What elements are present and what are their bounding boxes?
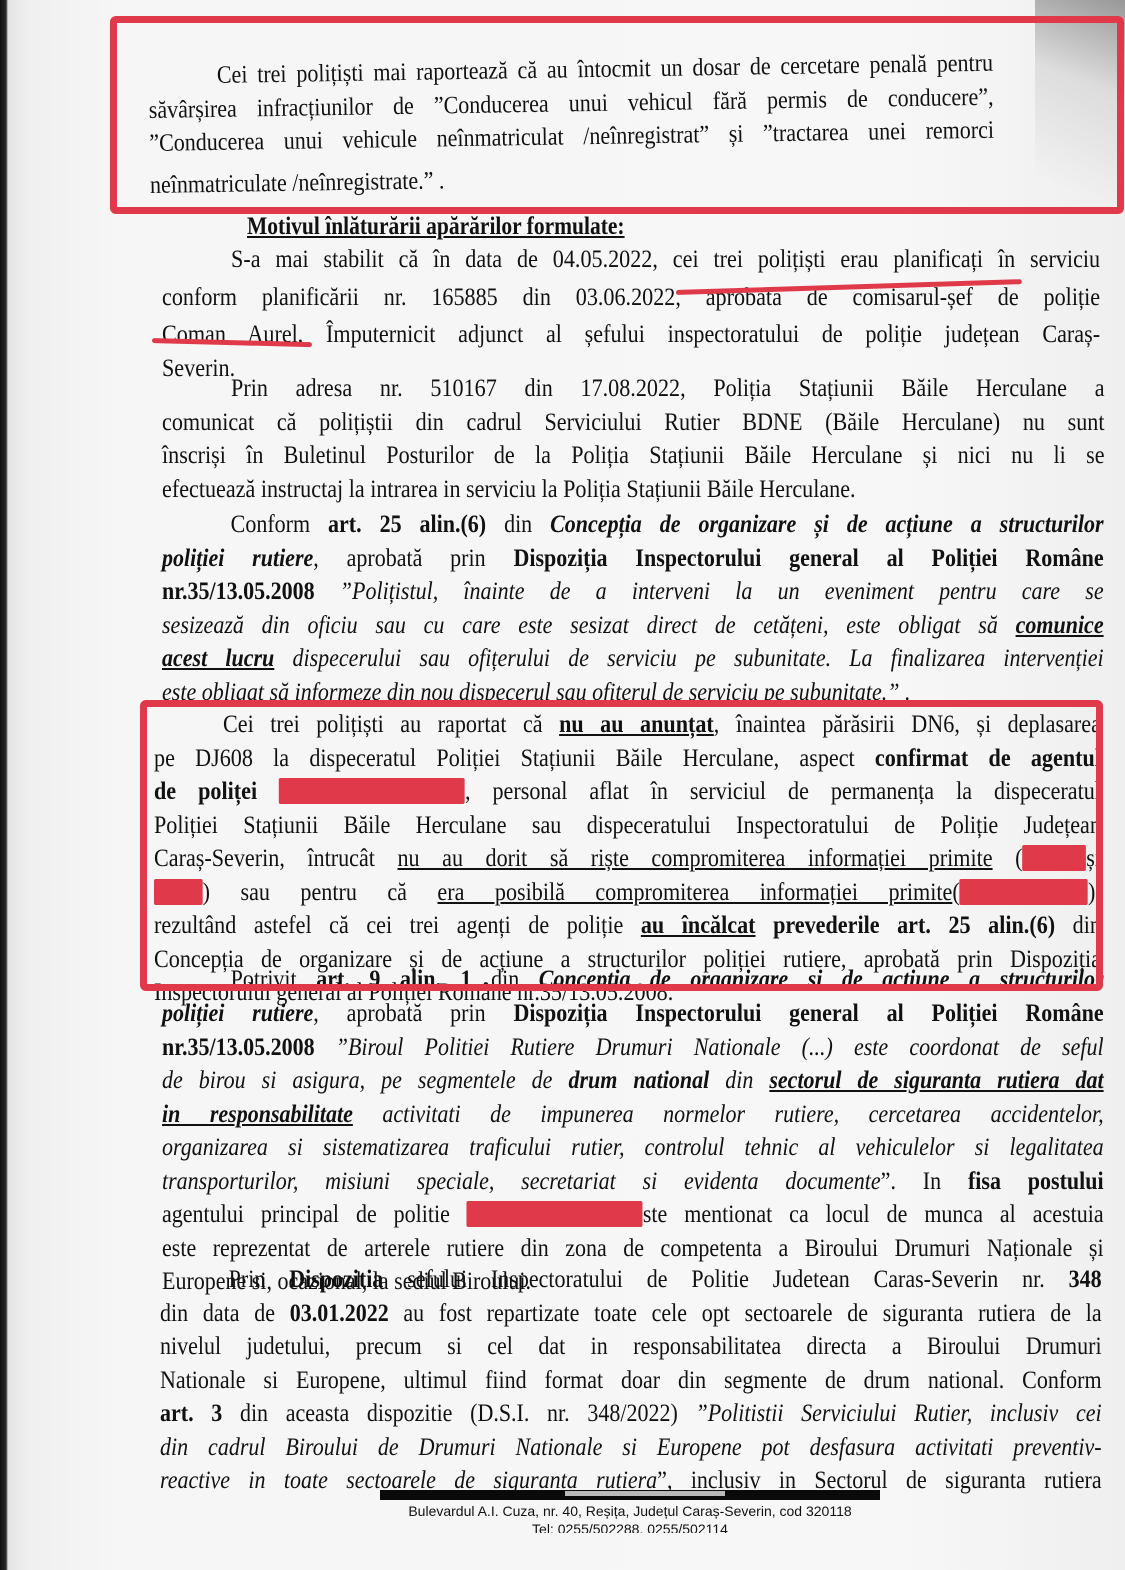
text-fragment: art. 9 alin. 1	[316, 966, 471, 989]
redacted-name	[154, 879, 203, 905]
text-fragment: sefului Inspectoratului de Politie Judet…	[383, 1266, 1068, 1293]
text-line: comunicat că polițiștii din cadrul Servi…	[162, 406, 1105, 440]
text-line: nivelul judetului, precum si cel dat in …	[160, 1330, 1102, 1364]
text-fragment: transporturilor, misiuni speciale, secre…	[162, 1168, 881, 1195]
footer-address: Bulevardul A.I. Cuza, nr. 40, Reșița, Ju…	[0, 1503, 1125, 1519]
text-line: in responsabilitate activitati de impune…	[162, 1098, 1104, 1132]
text-line: organizarea si sistematizarea traficului…	[162, 1131, 1104, 1165]
text-fragment: nr.35/13.05.2008	[162, 578, 315, 605]
text-line: de birou si asigura, pe segmentele de dr…	[162, 1064, 1104, 1098]
text-line: înscriși în Buletinul Posturilor de la P…	[162, 439, 1105, 473]
text-line: sesizează din oficiu sau cu care este se…	[162, 609, 1104, 643]
text-fragment: art. 3	[160, 1400, 222, 1427]
text-fragment: drum national	[568, 1067, 709, 1094]
text-fragment: pe DJ608 la dispeceratul Poliției Stațiu…	[154, 745, 875, 772]
text-line: Nationale si Europene, ultimul fiind for…	[160, 1364, 1102, 1398]
text-fragment: art. 25 alin.(6)	[328, 511, 486, 538]
text-fragment: de birou si asigura, pe segmentele de	[162, 1067, 568, 1094]
text-line: efectuează instructaj la intrarea in ser…	[162, 473, 1105, 507]
text-line: Poliției Stațiunii Băile Herculane sau d…	[154, 809, 1101, 843]
text-fragment: , personal aflat în serviciul de permane…	[465, 778, 1101, 805]
text-fragment: Dispoziția Inspectorului general al Poli…	[513, 1000, 1103, 1027]
text-line: este obligat să informeze din nou dispec…	[162, 676, 1104, 710]
text-line: art. 3 din aceasta dispozitie (D.S.I. nr…	[160, 1397, 1102, 1431]
text-fragment: ”Polițistul, înainte de a interveni la u…	[315, 578, 1104, 605]
text-line: din data de 03.01.2022 au fost repartiza…	[160, 1297, 1102, 1331]
footer-phone: Tel: 0255/502288, 0255/502114	[0, 1521, 1125, 1533]
text-fragment: din data de	[160, 1300, 290, 1327]
text-line: nr.35/13.05.2008 ”Biroul Politiei Rutier…	[162, 1031, 1104, 1065]
text-fragment: sesizează din oficiu sau cu care este se…	[162, 612, 1016, 639]
text-fragment: Dispozitia	[289, 1266, 383, 1293]
text-fragment: agentului principal de politie	[162, 1201, 467, 1228]
text-fragment: (	[993, 845, 1023, 872]
text-fragment: ) sau pentru că	[203, 879, 438, 906]
text-line: transporturilor, misiuni speciale, secre…	[162, 1165, 1104, 1199]
text-fragment: nu au anunțat	[559, 711, 714, 738]
text-fragment: Cei trei polițiști au raportat că	[223, 711, 559, 738]
paragraph-3: Prin adresa nr. 510167 din 17.08.2022, P…	[162, 372, 1105, 506]
text-fragment: Concepția de organizare și de acțiune a …	[539, 966, 1104, 989]
section-heading: Motivul înlăturării apărărilor formulate…	[247, 213, 625, 241]
text-fragment: acest lucru	[162, 645, 274, 672]
footer-bar	[380, 1490, 880, 1500]
text-fragment: Dispoziția Inspectorului general al Poli…	[513, 545, 1103, 572]
text-fragment: poliției rutiere	[162, 545, 313, 572]
text-fragment: , aprobată prin	[313, 1000, 513, 1027]
redacted-name	[960, 879, 1088, 905]
text-line: Potrivit art. 9 alin. 1 din Concepția de…	[162, 963, 1104, 989]
text-fragment: , înaintea părăsirii DN6, și deplasarea	[714, 711, 1101, 738]
text-fragment: , aprobată prin	[313, 545, 513, 572]
text-fragment: S-a mai stabilit că în data de 04.05.202…	[231, 246, 1100, 273]
text-fragment: prevederile art. 25 alin.(6)	[756, 912, 1056, 939]
text-fragment: din	[486, 511, 550, 538]
text-fragment: 03.01.2022	[290, 1300, 389, 1327]
text-fragment: Împuternicit adjunct al șefului inspecto…	[303, 321, 1100, 348]
text-fragment: confirmat de agentul	[875, 745, 1101, 772]
text-fragment: conform planificării nr. 165885 din 03.0…	[162, 284, 706, 311]
text-line: Prin Dispozitia sefului Inspectoratului …	[160, 1263, 1102, 1297]
text-fragment: Prin adresa nr. 510167 din 17.08.2022, P…	[231, 375, 1104, 402]
text-line: Conform art. 25 alin.(6) din Concepția d…	[162, 508, 1104, 542]
text-fragment: ”. In	[881, 1168, 968, 1195]
text-line: neînmatriculate /neînregistrate.” .	[150, 155, 995, 202]
text-fragment: Concepția de organizare și de acțiune a …	[550, 511, 1103, 538]
text-fragment: rezultând astefel că cei trei agenți de …	[154, 912, 641, 939]
text-line: Caraș-Severin, întrucât nu au dorit să r…	[154, 842, 1101, 876]
text-line: Cei trei polițiști au raportat că nu au …	[154, 708, 1101, 742]
text-line: nr.35/13.05.2008 ”Polițistul, înainte de…	[162, 575, 1104, 609]
text-fragment: in responsabilitate	[162, 1101, 353, 1128]
text-fragment: Potrivit	[231, 966, 317, 989]
text-fragment: din	[709, 1067, 769, 1094]
paragraph-7: Prin Dispozitia sefului Inspectoratului …	[160, 1263, 1102, 1498]
text-line: este reprezentat de arterele rutiere din…	[162, 1232, 1104, 1266]
paragraph-4: Conform art. 25 alin.(6) din Concepția d…	[162, 508, 1104, 709]
text-line: pe DJ608 la dispeceratul Poliției Stațiu…	[154, 742, 1101, 776]
text-line: din cadrul Biroului de Drumuri Nationale…	[160, 1431, 1102, 1465]
text-fragment: dispecerului sau ofițerului de serviciu …	[274, 645, 1103, 672]
text-fragment: 348	[1069, 1266, 1102, 1293]
text-fragment: activitati de impunerea normelor rutiere…	[353, 1101, 1104, 1128]
text-fragment: sectorul de siguranta rutiera dat	[769, 1067, 1103, 1094]
text-line: Prin adresa nr. 510167 din 17.08.2022, P…	[162, 372, 1105, 406]
text-fragment: era posibilă compromiterea informației p…	[437, 879, 952, 906]
text-fragment: Prin	[229, 1266, 290, 1293]
text-fragment: și	[1086, 845, 1101, 872]
text-fragment: din	[1055, 912, 1101, 939]
text-fragment: din aceasta dispozitie (D.S.I. nr. 348/2…	[222, 1400, 695, 1427]
text-fragment	[148, 83, 217, 84]
paragraph-2: S-a mai stabilit că în data de 04.05.202…	[162, 243, 1100, 385]
text-fragment: au încălcat	[641, 912, 756, 939]
text-fragment: nr.35/13.05.2008	[162, 1034, 315, 1061]
text-line: S-a mai stabilit că în data de 04.05.202…	[162, 243, 1100, 277]
text-line: ) sau pentru că era posibilă compromiter…	[154, 876, 1101, 910]
text-fragment: fisa postului	[968, 1168, 1104, 1195]
text-fragment: poliției rutiere	[162, 1000, 313, 1027]
text-fragment: ),	[1088, 879, 1101, 906]
text-fragment: Caraș-Severin, întrucât	[154, 845, 397, 872]
text-line: agentului principal de politie ste menti…	[162, 1198, 1104, 1232]
text-fragment: au fost repartizate toate cele opt secto…	[389, 1300, 1102, 1327]
text-fragment: de poliței	[154, 778, 257, 805]
text-fragment: ”Biroul Politiei Rutiere Drumuri Nationa…	[315, 1034, 1104, 1061]
text-fragment: din	[472, 966, 539, 989]
text-fragment: comunice	[1016, 612, 1104, 639]
text-line: poliției rutiere, aprobată prin Dispoziț…	[162, 997, 1104, 1031]
text-fragment: (	[952, 879, 959, 906]
paragraph-6: Potrivit art. 9 alin. 1 din Concepția de…	[162, 963, 1104, 1299]
text-line: rezultând astefel că cei trei agenți de …	[154, 909, 1101, 943]
text-fragment: ste mentionat ca locul de munca al acest…	[643, 1201, 1104, 1228]
text-fragment: ”Politistii Serviciului Rutier, inclusiv…	[695, 1400, 1101, 1427]
redacted-name	[279, 778, 465, 804]
text-fragment: Conform	[231, 511, 328, 538]
text-line: de poliței , personal aflat în serviciul…	[154, 775, 1101, 809]
text-line: poliției rutiere, aprobată prin Dispoziț…	[162, 542, 1104, 576]
redacted-name	[467, 1201, 643, 1227]
text-fragment: nu au dorit să riște compromiterea infor…	[397, 845, 992, 872]
text-line: acest lucru dispecerului sau ofițerului …	[162, 642, 1104, 676]
redacted-name	[1022, 845, 1086, 871]
paragraph-1: Cei trei polițiști mai raportează că au …	[148, 47, 995, 202]
